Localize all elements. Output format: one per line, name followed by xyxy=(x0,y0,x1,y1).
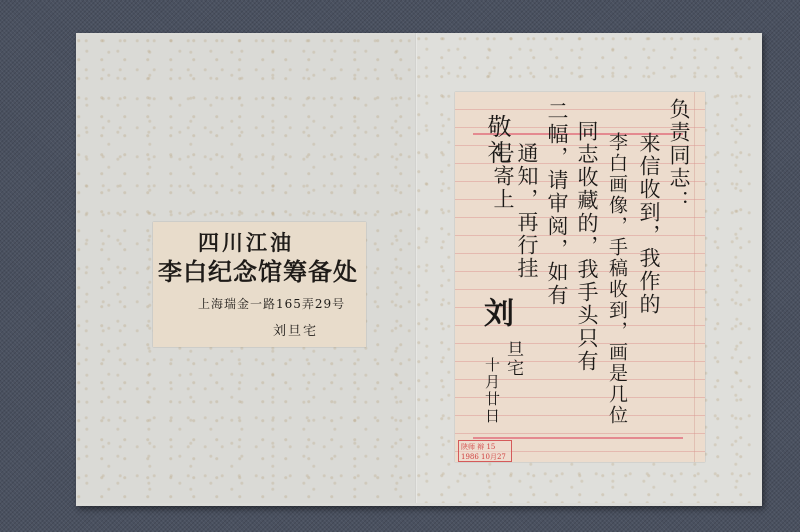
letter-sheet: 负责同志： 来信收到，我作的 李白画像，手稿收到，画是几位 同志收藏的，我手头只… xyxy=(455,92,705,462)
letter-column-5: 二幅，请审阅，如有 xyxy=(545,100,569,400)
letter-column-4: 同志收藏的，我手头只有 xyxy=(575,120,599,420)
letter-signature-given-name: 旦宅 xyxy=(501,340,525,378)
letter-signature-surname: 刘 xyxy=(483,297,507,329)
letter-margin-line xyxy=(694,92,695,462)
envelope-sender-name: 刘旦宅 xyxy=(273,320,318,339)
envelope-card: 四川江油 李白纪念馆筹备处 上海瑞金一路165弄29号 刘旦宅 xyxy=(153,222,366,347)
letter-column-1: 负责同志： xyxy=(667,98,691,438)
archive-seal-stamp: 陕师 辩 15 1986 10月27 xyxy=(458,440,512,462)
letter-salutation: 敬礼 xyxy=(485,114,509,214)
letter-column-3: 李白画像，手稿收到，画是几位 xyxy=(605,132,629,432)
letter-bottom-red-rule xyxy=(473,437,683,439)
seal-line-2: 1986 10月27 xyxy=(461,452,509,462)
seal-line-1: 陕师 辩 15 xyxy=(461,442,509,452)
letter-column-2: 来信收到，我作的 xyxy=(637,132,661,432)
letter-date: 十月廿日 xyxy=(483,357,501,425)
folder-fold-line xyxy=(415,33,417,503)
envelope-sender-address: 上海瑞金一路165弄29号 xyxy=(198,295,345,312)
envelope-recipient-institution: 李白纪念馆筹备处 xyxy=(158,252,358,287)
